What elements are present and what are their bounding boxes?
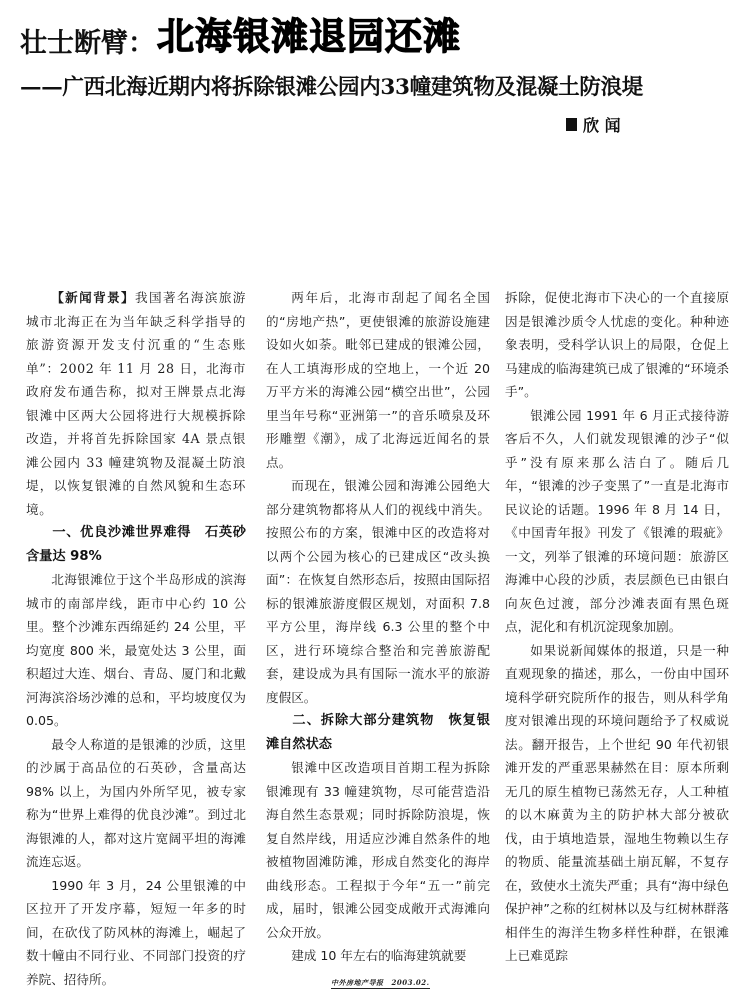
news-background-paragraph: 【新闻背景】我国著名海滨旅游城市北海正在为当年缺乏科学指导的旅游资源开发支付沉重… — [26, 286, 246, 521]
byline: 欣 闻 — [566, 113, 621, 136]
byline-square-icon — [566, 118, 577, 131]
body-paragraph: 而现在，银滩公园和海滩公园绝大部分建筑物都将从人们的视线中消失。按照公布的方案，… — [266, 474, 490, 709]
news-background-text: 我国著名海滨旅游城市北海正在为当年缺乏科学指导的旅游资源开发支付沉重的“生态账单… — [26, 290, 246, 517]
article-title: 壮士断臂： 北海银滩退园还滩 — [20, 10, 461, 60]
article-column-3: 拆除，促使北海市下决心的一个直接原因是银滩沙质令人忧虑的变化。种种迹象表明，受科… — [505, 286, 729, 968]
body-paragraph: 建成 10 年左右的临海建筑就要 — [266, 944, 490, 968]
page-footer: 中外房地产导报2003.02. — [331, 978, 430, 989]
body-paragraph: 两年后，北海市刮起了闻名全国的“房地产热”，更使银滩的旅游设施建设如火如荼。毗邻… — [266, 286, 490, 474]
body-paragraph: 银滩公园 1991 年 6 月正式接待游客后不久，人们就发现银滩的沙子“似乎”没… — [505, 404, 729, 639]
article-subtitle: ——广西北海近期内将拆除银滩公园内33幢建筑物及混凝土防浪堤 — [20, 70, 643, 101]
author-name: 欣 闻 — [583, 113, 621, 136]
article-column-1: 【新闻背景】我国著名海滨旅游城市北海正在为当年缺乏科学指导的旅游资源开发支付沉重… — [26, 286, 246, 991]
section-heading-2: 二、拆除大部分建筑物 恢复银滩自然状态 — [266, 709, 490, 756]
body-paragraph: 最令人称道的是银滩的沙质，这里的沙属于高品位的石英砂，含量高达 98% 以上，为… — [26, 733, 246, 874]
title-main: 北海银滩退园还滩 — [157, 6, 461, 60]
issue-number: 2003.02. — [392, 978, 430, 987]
section-heading-1: 一、优良沙滩世界难得 石英砂含量达 98% — [26, 521, 246, 568]
title-prefix: 壮士断臂： — [20, 21, 155, 60]
continuation-paragraph: 拆除，促使北海市下决心的一个直接原因是银滩沙质令人忧虑的变化。种种迹象表明，受科… — [505, 286, 729, 404]
body-paragraph: 1990 年 3 月，24 公里银滩的中区拉开了开发序幕，短短一年多的时间，在砍… — [26, 874, 246, 992]
article-column-2: 两年后，北海市刮起了闻名全国的“房地产热”，更使银滩的旅游设施建设如火如荼。毗邻… — [266, 286, 490, 968]
body-paragraph: 北海银滩位于这个半岛形成的滨海城市的南部岸线，距市中心约 10 公里。整个沙滩东… — [26, 568, 246, 733]
body-paragraph: 如果说新闻媒体的报道，只是一种直观现象的描述，那么，一份由中国环境科学研究院所作… — [505, 639, 729, 968]
body-paragraph: 银滩中区改造项目首期工程为拆除银滩现有 33 幢建筑物，尽可能营造沿海自然生态景… — [266, 756, 490, 944]
publication-name: 中外房地产导报 — [331, 978, 384, 987]
news-background-tag: 【新闻背景】 — [51, 290, 135, 305]
